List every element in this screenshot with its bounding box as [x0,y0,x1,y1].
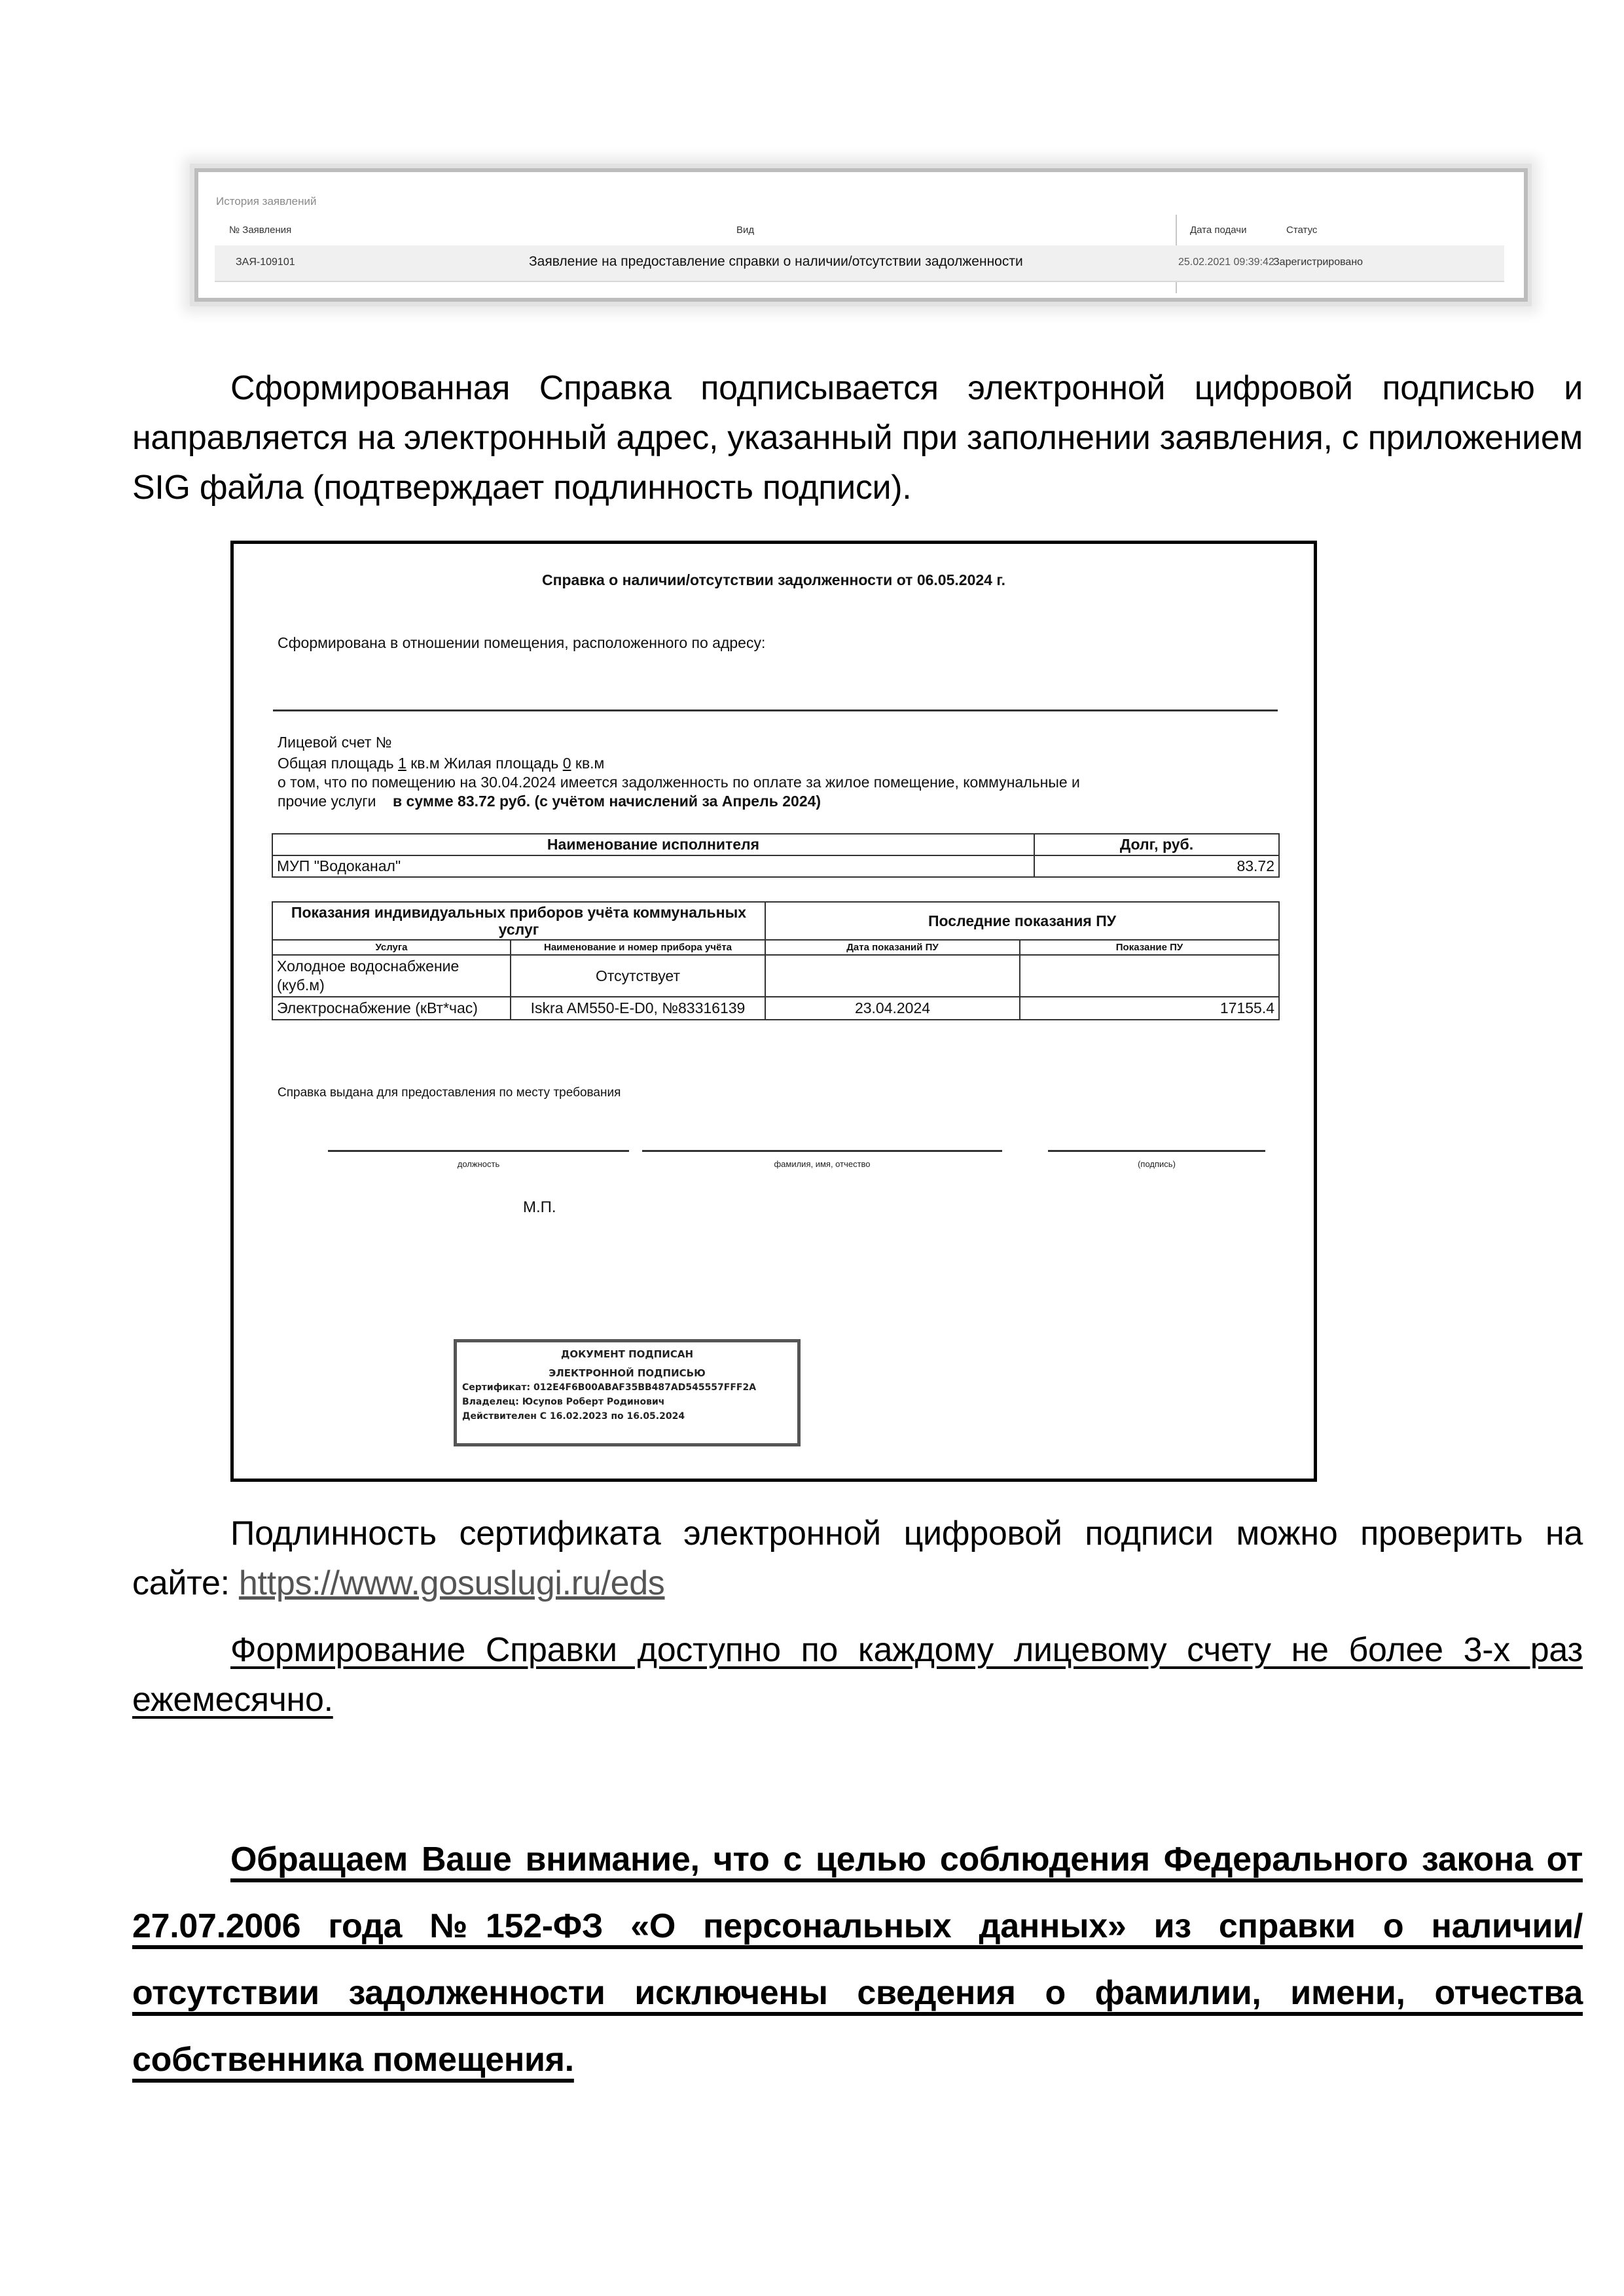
paragraph-verify: Подлинность сертификата электронной цифр… [132,1509,1583,1608]
header-debt: Долг, руб. [1034,834,1279,855]
header-reading-date: Дата показаний ПУ [765,940,1020,955]
table-row[interactable]: ЗАЯ-109101 Заявление на предоставление с… [215,245,1504,282]
reading-date: 23.04.2024 [765,997,1020,1020]
header-service: Услуга [272,940,511,955]
gosuslugi-link[interactable]: https://www.gosuslugi.ru/eds [239,1564,665,1602]
label-position: должность [328,1159,629,1169]
area-line: Общая площадь 1 кв.м Жилая площадь 0 кв.… [278,755,604,772]
label-full-name: фамилия, имя, отчество [642,1159,1002,1169]
address-line [273,709,1278,711]
signature-line-name [642,1150,1002,1152]
paragraph-text: Формирование Справки доступно по каждому… [132,1631,1583,1719]
signature-line-position [328,1150,629,1152]
history-panel: История заявлений № Заявления Вид Дата п… [198,172,1524,298]
account-label: Лицевой счет № [278,734,392,751]
column-header-number: № Заявления [229,224,291,236]
header-reading: Показание ПУ [1020,940,1279,955]
issued-for-text: Справка выдана для предоставления по мес… [278,1086,621,1100]
stamp-owner: Владелец: Юсупов Роберт Родинович [457,1395,797,1409]
stamp-validity: Действителен С 16.02.2023 по 16.05.2024 [457,1409,797,1424]
header-provider: Наименование исполнителя [272,834,1034,855]
meter-name: Iskra AM550-E-D0, №83316139 [511,997,765,1020]
service-name: Электроснабжение (кВт*час) [272,997,511,1020]
application-status: Зарегистрировано [1273,257,1363,268]
meter-name: Отсутствует [511,955,765,997]
stamp-title-2: ЭЛЕКТРОННОЙ ПОДПИСЬЮ [457,1367,797,1380]
debt-amount: в сумме 83.72 руб. (с учётом начислений … [393,793,821,810]
certificate-title: Справка о наличии/отсутствии задолженнос… [234,571,1314,589]
column-header-date: Дата подачи [1190,224,1246,236]
provider-name: МУП "Водоканал" [272,855,1034,877]
signature-line-sign [1048,1150,1265,1152]
certificate-document: Справка о наличии/отсутствии задолженнос… [230,541,1317,1482]
paragraph-text: Сформированная Справка подписывается эле… [132,369,1583,507]
group-header-last-readings: Последние показания ПУ [765,902,1279,940]
table-row: Холодное водоснабжение (куб.м) Отсутству… [272,955,1279,997]
stamp-certificate: Сертификат: 012E4F6B00ABAF35BB487AD54555… [457,1380,797,1395]
total-area: 1 [398,755,406,772]
electronic-signature-stamp: ДОКУМЕНТ ПОДПИСАН ЭЛЕКТРОННОЙ ПОДПИСЬЮ С… [454,1339,801,1446]
application-number: ЗАЯ-109101 [236,257,295,268]
debt-statement-line-2: прочие услуги в сумме 83.72 руб. (с учёт… [278,793,821,810]
table-row: МУП "Водоканал" 83.72 [272,855,1279,877]
living-area: 0 [563,755,571,772]
history-title: История заявлений [216,195,317,208]
reading-date [765,955,1020,997]
paragraph-limit: Формирование Справки доступно по каждому… [132,1625,1583,1725]
stamp-title-1: ДОКУМЕНТ ПОДПИСАН [457,1348,797,1361]
header-meter: Наименование и номер прибора учёта [511,940,765,955]
reading-value: 17155.4 [1020,997,1279,1020]
group-header-meters: Показания индивидуальных приборов учёта … [272,902,765,940]
table-row: Электроснабжение (кВт*час) Iskra AM550-E… [272,997,1279,1020]
label-signature: (подпись) [1048,1159,1265,1169]
reading-value [1020,955,1279,997]
debt-table: Наименование исполнителя Долг, руб. МУП … [272,833,1280,878]
personal-data-notice: Обращаем Ваше внимание, что с целью собл… [132,1826,1583,2093]
provider-debt: 83.72 [1034,855,1279,877]
application-date: 25.02.2021 09:39:42 [1178,257,1274,268]
debt-statement-line-1: о том, что по помещению на 30.04.2024 им… [278,774,1080,791]
notice-text: Обращаем Ваше внимание, что с целью собл… [132,1840,1583,2079]
column-header-status: Статус [1286,224,1317,236]
meter-table: Показания индивидуальных приборов учёта … [272,901,1280,1020]
service-name: Холодное водоснабжение (куб.м) [272,955,511,997]
column-header-type: Вид [736,224,754,236]
address-label: Сформирована в отношении помещения, расп… [278,634,765,652]
application-type: Заявление на предоставление справки о на… [529,254,1023,270]
paragraph-signature-info: Сформированная Справка подписывается эле… [132,363,1583,512]
seal-place: М.П. [523,1198,556,1217]
